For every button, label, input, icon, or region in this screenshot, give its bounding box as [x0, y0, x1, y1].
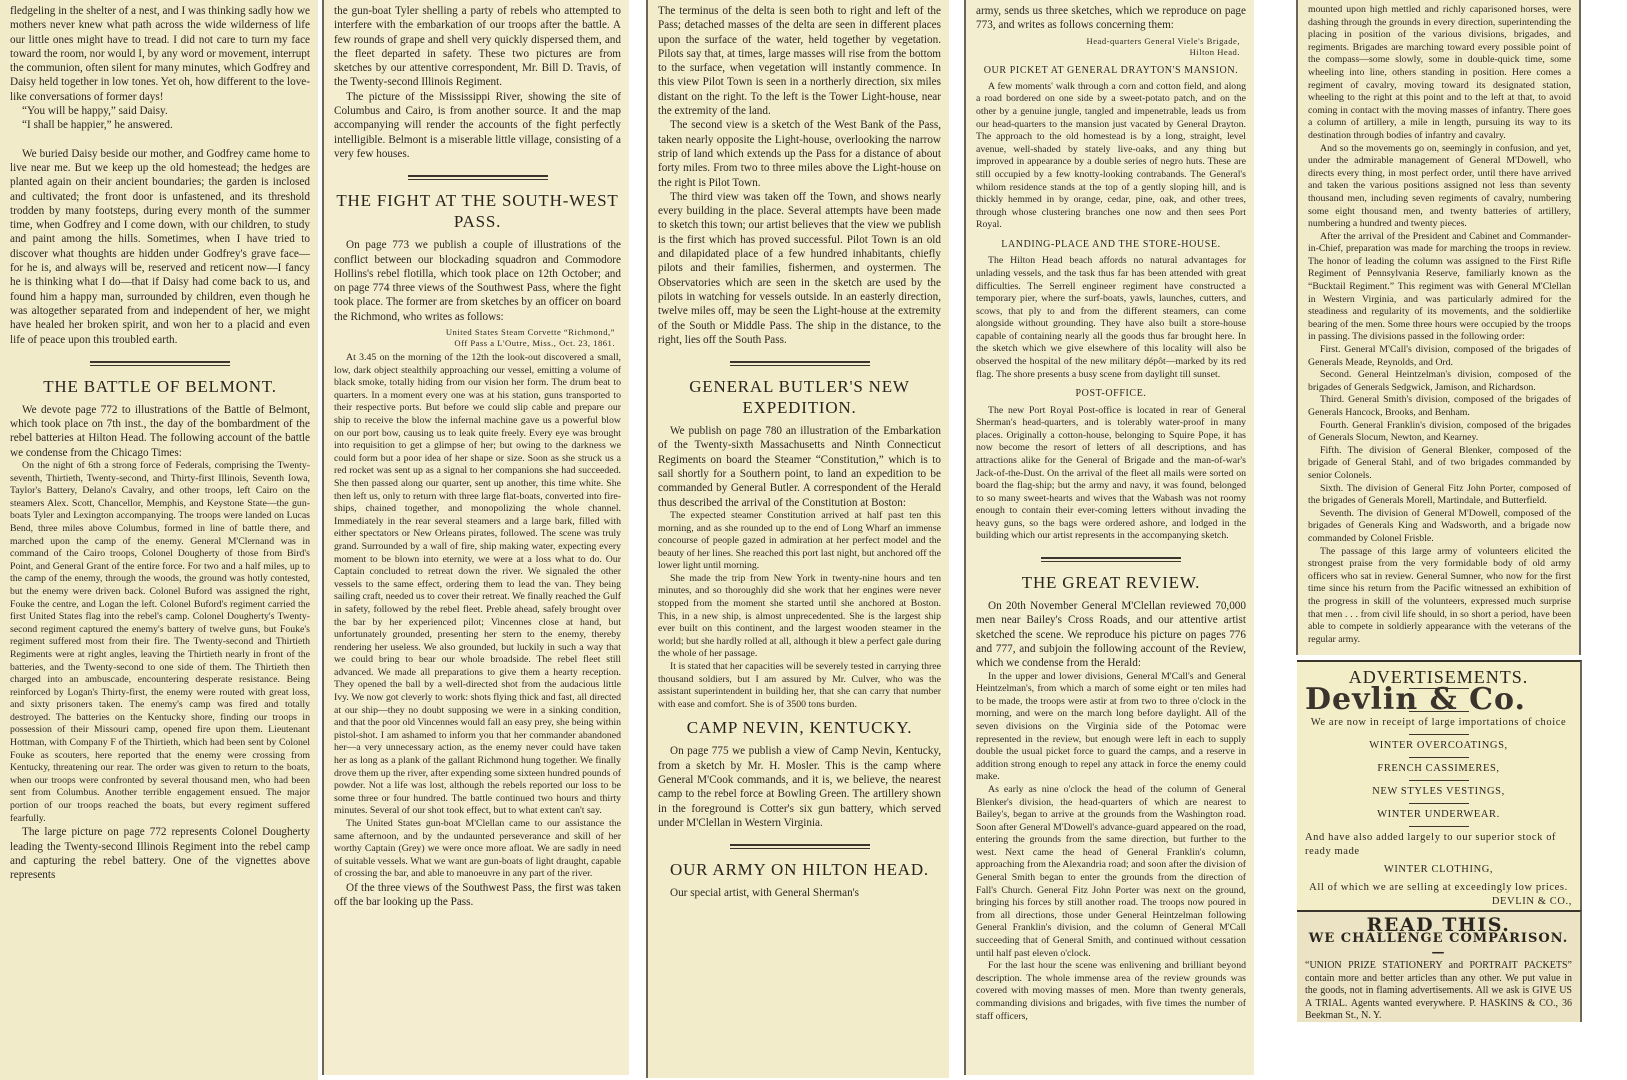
article-headline: THE FIGHT AT THE SOUTH-WEST PASS. [334, 190, 621, 232]
quoted-paragraph: Second. General Heintzelman's division, … [1308, 369, 1571, 394]
article-divider [730, 844, 870, 849]
dateline-line: Off Pass a L'Outre, Miss., Oct. 23, 1861… [334, 338, 615, 349]
quoted-paragraph: First. General M'Call's division, compos… [1308, 344, 1571, 369]
ad-added: And have also added largely to our super… [1305, 831, 1572, 859]
paragraph: “You will be happy,” said Daisy. [10, 104, 310, 118]
article-divider [1041, 557, 1181, 562]
read-this-advertisement: READ THIS. WE CHALLENGE COMPARISON.— “UN… [1297, 910, 1582, 1022]
section-subheading: OUR PICKET AT GENERAL DRAYTON'S MANSION. [976, 64, 1246, 78]
quoted-paragraph: Third. General Smith's division, compose… [1308, 394, 1571, 419]
quoted-paragraph: After the arrival of the President and C… [1308, 231, 1571, 344]
column-1: fledgeling in the shelter of a nest, and… [0, 0, 318, 1080]
quoted-paragraph: Seventh. The division of General M'Dowel… [1308, 508, 1571, 546]
paragraph: The picture of the Mississippi River, sh… [334, 90, 621, 161]
dateline-line: United States Steam Corvette “Richmond,” [334, 327, 615, 338]
quoted-paragraph: For the last hour the scene was enliveni… [976, 960, 1246, 1023]
ad-signature: DEVLIN & CO., [1305, 895, 1572, 909]
quoted-paragraph: And so the movements go on, seemingly in… [1308, 143, 1571, 231]
paragraph: On page 775 we publish a view of Camp Ne… [658, 744, 941, 830]
article-headline: CAMP NEVIN, KENTUCKY. [658, 717, 941, 738]
devlin-advertisement: ADVERTISEMENTS. Devlin & Co. We are now … [1297, 660, 1582, 910]
paragraph: fledgeling in the shelter of a nest, and… [10, 4, 310, 104]
article-divider [408, 175, 548, 180]
ad-prices: All of which we are selling at exceeding… [1305, 881, 1572, 895]
paragraph: army, sends us three sketches, which we … [976, 4, 1246, 33]
quoted-paragraph: The United States gun-boat M'Clellan cam… [334, 818, 621, 881]
paragraph: The second view is a sketch of the West … [658, 118, 941, 189]
quoted-paragraph: A few moments' walk through a corn and c… [976, 81, 1246, 232]
quoted-paragraph: The Hilton Head beach affords no natural… [976, 255, 1246, 381]
read-this-body: “UNION PRIZE STATIONERY and PORTRAIT PAC… [1305, 960, 1572, 1023]
quoted-paragraph: Fourth. General Franklin's division, com… [1308, 420, 1571, 445]
quoted-paragraph: The expected steamer Constitution arrive… [658, 510, 941, 573]
dateline-line: Head-quarters General Viele's Brigade, [976, 36, 1240, 47]
column-3: The terminus of the delta is seen both t… [646, 0, 949, 1078]
section-subheading: LANDING-PLACE AND THE STORE-HOUSE. [976, 238, 1246, 252]
quoted-paragraph: The new Port Royal Post-office is locate… [976, 405, 1246, 544]
paragraph: “I shall be happier,” he answered. [10, 118, 310, 132]
paragraph: The large picture on page 772 represents… [10, 825, 310, 882]
paragraph: The third view was taken off the Town, a… [658, 190, 941, 347]
divider [1409, 757, 1469, 758]
article-headline: GENERAL BUTLER'S NEW EXPEDITION. [658, 376, 941, 418]
column-4: army, sends us three sketches, which we … [964, 0, 1254, 1075]
column-2: the gun-boat Tyler shelling a party of r… [322, 0, 629, 1075]
quoted-paragraph: At 3.45 on the morning of the 12th the l… [334, 352, 621, 818]
ad-item: WINTER UNDERWEAR. [1305, 808, 1572, 822]
article-divider [730, 361, 870, 366]
quoted-paragraph: On the night of 6th a strong force of Fe… [10, 460, 310, 825]
article-headline: OUR ARMY ON HILTON HEAD. [658, 859, 941, 880]
advertiser-name: Devlin & Co. [1305, 693, 1572, 707]
section-subheading: POST-OFFICE. [976, 387, 1246, 401]
paragraph: We buried Daisy beside our mother, and G… [10, 147, 310, 347]
paragraph: We devote page 772 to illustrations of t… [10, 403, 310, 460]
article-headline: THE GREAT REVIEW. [976, 572, 1246, 593]
paragraph: On page 773 we publish a couple of illus… [334, 238, 621, 324]
quoted-paragraph: She made the trip from New York in twent… [658, 573, 941, 661]
quoted-paragraph: Fifth. The division of General Blenker, … [1308, 445, 1571, 483]
quoted-paragraph: Sixth. The division of General Fitz John… [1308, 483, 1571, 508]
read-this-title: READ THIS. [1305, 918, 1572, 932]
quoted-paragraph: As early as nine o'clock the head of the… [976, 784, 1246, 960]
ad-item: WINTER OVERCOATINGS, [1305, 739, 1572, 753]
paragraph: the gun-boat Tyler shelling a party of r… [334, 4, 621, 90]
paragraph: We publish on page 780 an illustration o… [658, 424, 941, 510]
dateline: Head-quarters General Viele's Brigade,Hi… [976, 36, 1240, 58]
quoted-paragraph: In the upper and lower divisions, Genera… [976, 671, 1246, 784]
divider [1409, 780, 1469, 781]
paragraph: Our special artist, with General Sherman… [658, 886, 941, 900]
ad-intro: We are now in receipt of large importati… [1305, 716, 1572, 730]
quoted-paragraph: mounted upon high mettled and richly cap… [1308, 4, 1571, 143]
ad-item: FRENCH CASSIMERES, [1305, 762, 1572, 776]
dateline-line: Hilton Head. [976, 47, 1240, 58]
column-5: mounted upon high mettled and richly cap… [1296, 0, 1581, 655]
quoted-paragraph: It is stated that her capacities will be… [658, 661, 941, 711]
article-divider [90, 361, 230, 366]
quoted-paragraph: The passage of this large army of volunt… [1308, 546, 1571, 647]
paragraph: On 20th November General M'Clellan revie… [976, 599, 1246, 670]
read-this-subtitle: WE CHALLENGE COMPARISON.— [1305, 932, 1572, 960]
paragraph: The terminus of the delta is seen both t… [658, 4, 941, 118]
divider [1409, 803, 1469, 804]
spacer [10, 133, 310, 147]
ad-item: NEW STYLES VESTINGS, [1305, 785, 1572, 799]
paragraph: Of the three views of the Southwest Pass… [334, 881, 621, 910]
article-headline: THE BATTLE OF BELMONT. [10, 376, 310, 397]
divider [1409, 826, 1469, 827]
dateline: United States Steam Corvette “Richmond,”… [334, 327, 615, 349]
divider [1409, 734, 1469, 735]
ad-clothing: WINTER CLOTHING, [1305, 863, 1572, 877]
